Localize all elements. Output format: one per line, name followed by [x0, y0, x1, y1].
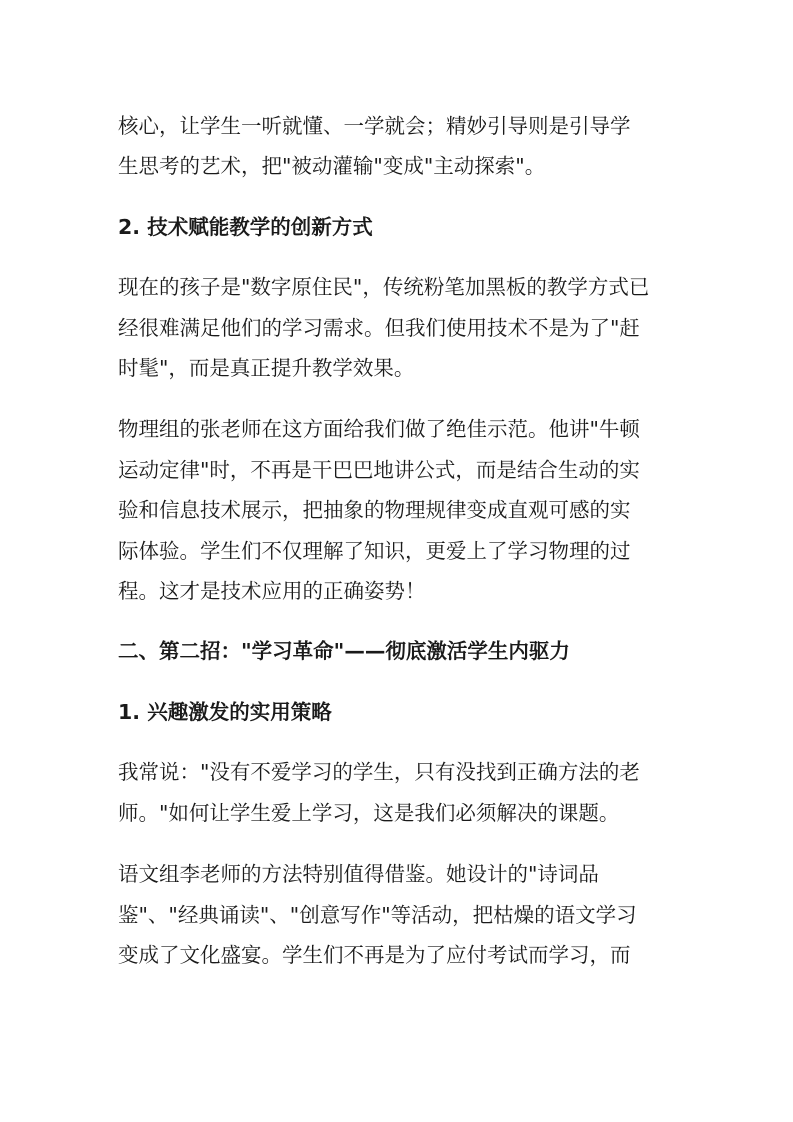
text-line: 物理组的张老师在这方面给我们做了绝佳示范。他讲"牛顿: [118, 409, 678, 449]
paragraph-physics-example: 物理组的张老师在这方面给我们做了绝佳示范。他讲"牛顿 运动定律"时，不再是干巴巴…: [118, 409, 678, 611]
text-line: 鉴"、"经典诵读"、"创意写作"等活动，把枯燥的语文学习: [118, 895, 678, 935]
text-line: 师。"如何让学生爱上学习，这是我们必须解决的课题。: [118, 793, 678, 833]
text-line: 运动定律"时，不再是干巴巴地讲公式，而是结合生动的实: [118, 450, 678, 490]
text-line: 时髦"，而是真正提升教学效果。: [118, 348, 678, 388]
text-line: 际体验。学生们不仅理解了知识，更爱上了学习物理的过: [118, 531, 678, 571]
text-line: 经很难满足他们的学习需求。但我们使用技术不是为了"赶: [118, 308, 678, 348]
text-line: 现在的孩子是"数字原住民"，传统粉笔加黑板的教学方式已: [118, 267, 678, 307]
text-line: 语文组李老师的方法特别值得借鉴。她设计的"诗词品: [118, 854, 678, 894]
paragraph-digital-natives: 现在的孩子是"数字原住民"，传统粉笔加黑板的教学方式已 经很难满足他们的学习需求…: [118, 267, 678, 388]
section-heading-tech-empowerment: 2. 技术赋能教学的创新方式: [118, 207, 678, 247]
text-line: 核心，让学生一听就懂、一学就会；精妙引导则是引导学: [118, 106, 678, 146]
text-line: 验和信息技术展示，把抽象的物理规律变成直观可感的实: [118, 490, 678, 530]
paragraph-chinese-example: 语文组李老师的方法特别值得借鉴。她设计的"诗词品 鉴"、"经典诵读"、"创意写作…: [118, 854, 678, 975]
text-line: 我常说："没有不爱学习的学生，只有没找到正确方法的老: [118, 752, 678, 792]
text-line: 变成了文化盛宴。学生们不再是为了应付考试而学习，而: [118, 935, 678, 975]
paragraph-teaching-core: 核心，让学生一听就懂、一学就会；精妙引导则是引导学 生思考的艺术，把"被动灌输"…: [118, 106, 678, 187]
section-heading-interest-strategies: 1. 兴趣激发的实用策略: [118, 692, 678, 732]
chapter-heading-learning-revolution: 二、第二招："学习革命"——彻底激活学生内驱力: [118, 631, 678, 671]
text-line: 程。这才是技术应用的正确姿势！: [118, 571, 678, 611]
text-line: 生思考的艺术，把"被动灌输"变成"主动探索"。: [118, 146, 678, 186]
document-page: 核心，让学生一听就懂、一学就会；精妙引导则是引导学 生思考的艺术，把"被动灌输"…: [118, 106, 678, 975]
paragraph-teacher-quote: 我常说："没有不爱学习的学生，只有没找到正确方法的老 师。"如何让学生爱上学习，…: [118, 752, 678, 833]
